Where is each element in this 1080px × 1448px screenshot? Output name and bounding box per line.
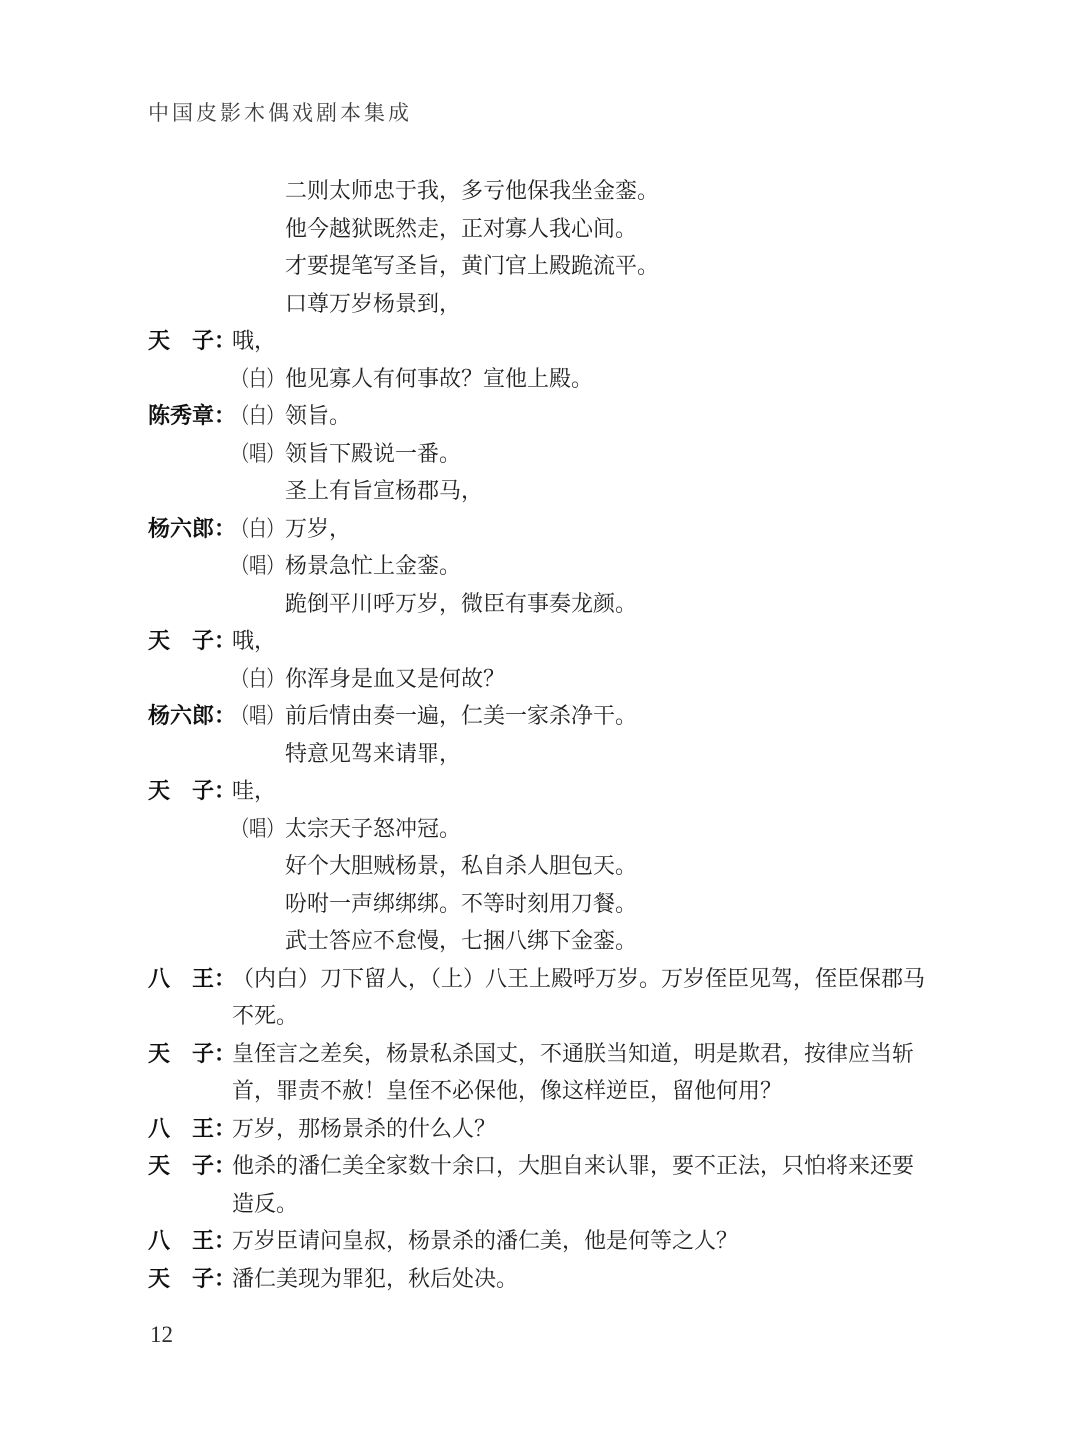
dialogue-body: 特意见驾来请罪，	[232, 735, 953, 773]
line-text: 杨景急忙上金銮。	[285, 553, 461, 578]
line-text: 你浑身是血又是何故？	[285, 666, 505, 691]
line-text: 吩咐一声绑绑绑。不等时刻用刀餐。	[285, 891, 637, 916]
script-line: （唱）领旨下殿说一番。	[148, 435, 953, 473]
line-text: 领旨。	[285, 403, 351, 428]
script-line: （唱）太宗天子怒冲冠。	[148, 810, 953, 848]
speaker-name: 天 子：	[148, 1147, 232, 1185]
stage-marker: （唱）	[232, 435, 273, 473]
script-line: 杨六郎： （白）万岁，	[148, 510, 953, 548]
line-text: 武士答应不怠慢，七捆八绑下金銮。	[285, 928, 637, 953]
dialogue-body: 武士答应不怠慢，七捆八绑下金銮。	[232, 922, 953, 960]
dialogue-body: 皇侄言之差矣，杨景私杀国丈，不通朕当知道，明是欺君，按律应当斩 首，罪责不赦！皇…	[232, 1035, 953, 1110]
script-line: 天 子： 哦，	[148, 322, 953, 360]
line-text: 他今越狱既然走，正对寡人我心间。	[285, 216, 637, 241]
line-text: 万岁臣请问皇叔，杨景杀的潘仁美，他是何等之人？	[232, 1228, 738, 1253]
dialogue-body: 哦，	[232, 622, 953, 660]
script-body: 二则太师忠于我，多亏他保我坐金銮。 他今越狱既然走，正对寡人我心间。 才要提笔写…	[148, 172, 953, 1297]
speaker-name: 天 子：	[148, 622, 232, 660]
dialogue-body: 吩咐一声绑绑绑。不等时刻用刀餐。	[232, 885, 953, 923]
dialogue-body: 跪倒平川呼万岁，微臣有事奏龙颜。	[232, 585, 953, 623]
line-text: （内白）刀下留人，（上）八王上殿呼万岁。万岁侄臣见驾，侄臣保郡马 不死。	[232, 966, 925, 1029]
dialogue-body: 哦，	[232, 322, 953, 360]
line-text: 特意见驾来请罪，	[285, 741, 461, 766]
line-text: 好个大胆贼杨景，私自杀人胆包天。	[285, 853, 637, 878]
line-text: 领旨下殿说一番。	[285, 441, 461, 466]
stage-marker: （唱）	[232, 547, 273, 585]
speaker-name: 天 子：	[148, 772, 232, 810]
line-text: 前后情由奏一遍，仁美一家杀净干。	[285, 703, 637, 728]
script-line: 二则太师忠于我，多亏他保我坐金銮。	[148, 172, 953, 210]
line-text: 哦，	[232, 628, 276, 653]
dialogue-body: （白）领旨。	[232, 397, 953, 435]
script-line: 八 王： 万岁，那杨景杀的什么人？	[148, 1110, 953, 1148]
dialogue-body: 二则太师忠于我，多亏他保我坐金銮。	[232, 172, 953, 210]
script-line: 好个大胆贼杨景，私自杀人胆包天。	[148, 847, 953, 885]
script-line: 杨六郎： （唱）前后情由奏一遍，仁美一家杀净干。	[148, 697, 953, 735]
script-line: 跪倒平川呼万岁，微臣有事奏龙颜。	[148, 585, 953, 623]
speaker-name: 天 子：	[148, 1035, 232, 1073]
line-text: 跪倒平川呼万岁，微臣有事奏龙颜。	[285, 591, 637, 616]
line-text: 口尊万岁杨景到，	[285, 291, 461, 316]
script-line: （白）他见寡人有何事故？宣他上殿。	[148, 360, 953, 398]
script-line: 八 王： （内白）刀下留人，（上）八王上殿呼万岁。万岁侄臣见驾，侄臣保郡马 不死…	[148, 960, 953, 1035]
dialogue-body: 潘仁美现为罪犯，秋后处决。	[232, 1260, 953, 1298]
dialogue-body: （白）万岁，	[232, 510, 953, 548]
line-text: 他见寡人有何事故？宣他上殿。	[285, 366, 593, 391]
speaker-name: 杨六郎：	[148, 697, 232, 735]
script-line: 口尊万岁杨景到，	[148, 285, 953, 323]
line-text: 皇侄言之差矣，杨景私杀国丈，不通朕当知道，明是欺君，按律应当斩 首，罪责不赦！皇…	[232, 1041, 914, 1104]
script-line: 吩咐一声绑绑绑。不等时刻用刀餐。	[148, 885, 953, 923]
line-text: 哦，	[232, 328, 276, 353]
script-line: （唱）杨景急忙上金銮。	[148, 547, 953, 585]
dialogue-body: 才要提笔写圣旨，黄门官上殿跪流平。	[232, 247, 953, 285]
dialogue-body: 哇，	[232, 772, 953, 810]
book-page: 中国皮影木偶戏剧本集成 二则太师忠于我，多亏他保我坐金銮。 他今越狱既然走，正对…	[0, 0, 1080, 1448]
stage-marker: （白）	[232, 397, 273, 435]
speaker-name: 陈秀章：	[148, 397, 232, 435]
line-text: 圣上有旨宣杨郡马，	[285, 478, 483, 503]
stage-marker: （唱）	[232, 810, 273, 848]
dialogue-body: （唱）杨景急忙上金銮。	[232, 547, 953, 585]
script-line: 圣上有旨宣杨郡马，	[148, 472, 953, 510]
script-line: 才要提笔写圣旨，黄门官上殿跪流平。	[148, 247, 953, 285]
speaker-name: 杨六郎：	[148, 510, 232, 548]
dialogue-body: 万岁臣请问皇叔，杨景杀的潘仁美，他是何等之人？	[232, 1222, 953, 1260]
dialogue-body: （白）你浑身是血又是何故？	[232, 660, 953, 698]
script-line: 特意见驾来请罪，	[148, 735, 953, 773]
script-line: 天 子： 皇侄言之差矣，杨景私杀国丈，不通朕当知道，明是欺君，按律应当斩 首，罪…	[148, 1035, 953, 1110]
line-text: 太宗天子怒冲冠。	[285, 816, 461, 841]
speaker-name: 天 子：	[148, 1260, 232, 1298]
script-line: 陈秀章： （白）领旨。	[148, 397, 953, 435]
speaker-name: 天 子：	[148, 322, 232, 360]
line-text: 二则太师忠于我，多亏他保我坐金銮。	[285, 178, 659, 203]
line-text: 万岁，	[285, 516, 351, 541]
dialogue-body: 口尊万岁杨景到，	[232, 285, 953, 323]
script-line: 武士答应不怠慢，七捆八绑下金銮。	[148, 922, 953, 960]
dialogue-body: 好个大胆贼杨景，私自杀人胆包天。	[232, 847, 953, 885]
line-text: 哇，	[232, 778, 276, 803]
dialogue-body: （白）他见寡人有何事故？宣他上殿。	[232, 360, 953, 398]
speaker-name: 八 王：	[148, 1222, 232, 1260]
script-line: 天 子： 他杀的潘仁美全家数十余口，大胆自来认罪，要不正法，只怕将来还要 造反。	[148, 1147, 953, 1222]
dialogue-body: （唱）太宗天子怒冲冠。	[232, 810, 953, 848]
script-line: （白）你浑身是血又是何故？	[148, 660, 953, 698]
stage-marker: （白）	[232, 660, 273, 698]
dialogue-body: （唱）领旨下殿说一番。	[232, 435, 953, 473]
dialogue-body: （唱）前后情由奏一遍，仁美一家杀净干。	[232, 697, 953, 735]
script-line: 八 王： 万岁臣请问皇叔，杨景杀的潘仁美，他是何等之人？	[148, 1222, 953, 1260]
stage-marker: （白）	[232, 510, 273, 548]
line-text: 万岁，那杨景杀的什么人？	[232, 1116, 496, 1141]
dialogue-body: 他今越狱既然走，正对寡人我心间。	[232, 210, 953, 248]
dialogue-body: 圣上有旨宣杨郡马，	[232, 472, 953, 510]
script-line: 天 子： 潘仁美现为罪犯，秋后处决。	[148, 1260, 953, 1298]
dialogue-body: 万岁，那杨景杀的什么人？	[232, 1110, 953, 1148]
script-line: 他今越狱既然走，正对寡人我心间。	[148, 210, 953, 248]
stage-marker: （唱）	[232, 697, 273, 735]
running-head-title: 中国皮影木偶戏剧本集成	[148, 97, 412, 127]
line-text: 才要提笔写圣旨，黄门官上殿跪流平。	[285, 253, 659, 278]
stage-marker: （白）	[232, 360, 273, 398]
line-text: 他杀的潘仁美全家数十余口，大胆自来认罪，要不正法，只怕将来还要 造反。	[232, 1153, 914, 1216]
dialogue-body: （内白）刀下留人，（上）八王上殿呼万岁。万岁侄臣见驾，侄臣保郡马 不死。	[232, 960, 953, 1035]
script-line: 天 子： 哇，	[148, 772, 953, 810]
script-line: 天 子： 哦，	[148, 622, 953, 660]
dialogue-body: 他杀的潘仁美全家数十余口，大胆自来认罪，要不正法，只怕将来还要 造反。	[232, 1147, 953, 1222]
speaker-name: 八 王：	[148, 1110, 232, 1148]
line-text: 潘仁美现为罪犯，秋后处决。	[232, 1266, 518, 1291]
page-number: 12	[150, 1322, 173, 1348]
speaker-name: 八 王：	[148, 960, 232, 998]
